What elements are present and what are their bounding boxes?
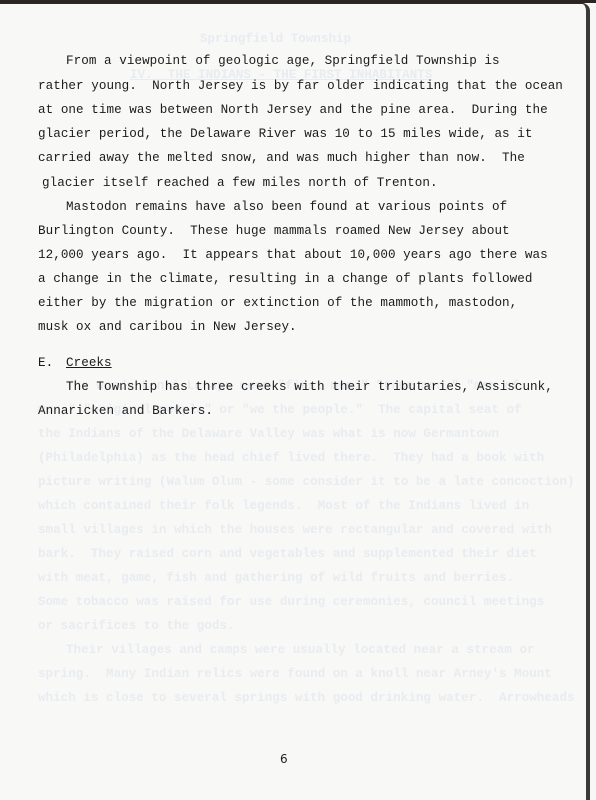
page-number: 6 xyxy=(280,752,288,766)
show-through-title: Springfield Township xyxy=(200,32,351,46)
show-through-line: Some tobacco was raised for use during c… xyxy=(38,595,544,609)
show-through-line: bark. They raised corn and vegetables an… xyxy=(38,547,537,561)
text-line: glacier period, the Delaware River was 1… xyxy=(38,127,533,141)
text-line: either by the migration or extinction of… xyxy=(38,296,517,310)
text-line: Mastodon remains have also been found at… xyxy=(66,200,507,214)
show-through-line: the Indians of the Delaware Valley was w… xyxy=(38,427,499,441)
text-line: a change in the climate, resulting in a … xyxy=(38,272,533,286)
text-line: The Township has three creeks with their… xyxy=(66,380,553,394)
text-line: musk ox and caribou in New Jersey. xyxy=(38,320,297,334)
show-through-line: which is close to several springs with g… xyxy=(38,691,575,705)
text-line: rather young. North Jersey is by far old… xyxy=(38,79,563,93)
text-line: carried away the melted snow, and was mu… xyxy=(38,151,525,165)
show-through-line: picture writing (Walum Olum - some consi… xyxy=(38,475,575,489)
text-line: From a viewpoint of geologic age, Spring… xyxy=(66,54,500,68)
section-letter: E. xyxy=(38,356,53,370)
text-line: 12,000 years ago. It appears that about … xyxy=(38,248,548,262)
show-through-line: or sacrifices to the gods. xyxy=(38,619,235,633)
show-through-line: small villages in which the houses were … xyxy=(38,523,552,537)
show-through-line: with meat, game, fish and gathering of w… xyxy=(38,571,514,585)
text-line: Burlington County. These huge mammals ro… xyxy=(38,224,510,238)
text-line: glacier itself reached a few miles north… xyxy=(42,176,438,190)
text-line: at one time was between North Jersey and… xyxy=(38,103,548,117)
document-page: Springfield Township IV. THE INDIANS - T… xyxy=(0,3,590,800)
text-line: Annaricken and Barkers. xyxy=(38,404,213,418)
section-heading: Creeks xyxy=(66,356,112,370)
show-through-line: spring. Many Indian relics were found on… xyxy=(38,667,552,681)
show-through-line: Their villages and camps were usually lo… xyxy=(66,643,535,657)
show-through-line: which contained their folk legends. Most… xyxy=(38,499,529,513)
show-through-line: (Philadelphia) as the head chief lived t… xyxy=(38,451,544,465)
